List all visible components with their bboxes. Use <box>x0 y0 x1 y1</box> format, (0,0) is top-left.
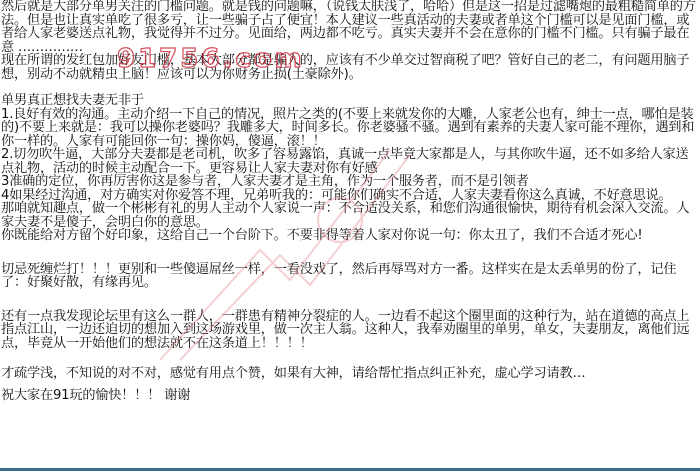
tip-3: 3准确的定位，你再厉害你这是参与者，人家夫妻才是主角，作为一个服务者，而不是引领… <box>1 175 699 189</box>
tip-1: 1.良好有效的沟通。主动介绍一下自己的情况，照片之类的(不要上来就发你的大雕，人… <box>1 108 699 149</box>
spacer <box>1 243 699 263</box>
advice-line-1: 那咱就知趣点，做一个彬彬有礼的男人主动个人家说一声：不合适没关系，和您们沟通很愉… <box>1 202 699 229</box>
paragraph-red-packet: 现在所谓的发红包加好友门槛，基本大部分都是骗人的，应该有不少单交过智商税了吧？管… <box>1 54 699 81</box>
paragraph-threshold: 然后就是大部分单男关注的门槛问题。就是钱的问题嘛，（说钱太肤浅了，哈哈）但是这一… <box>1 0 699 54</box>
farewell-line: 祝大家在91玩的愉快！！！ 谢谢 <box>1 385 699 407</box>
advice-line-2: 你既能给对方留个好印象，这给自己一个台阶下。不要非得等着人家对你说一句：你太丑了… <box>1 229 699 243</box>
tip-2: 2.切勿吹牛逼，大部分夫妻都是老司机，吹多了容易露馅，真诚一点毕竟大家都是人，与… <box>1 148 699 175</box>
warning-paragraph: 切忌死缠烂打！！！更别和一些傻逼屌丝一样，一看没戏了，然后再辱骂对方一番。这样实… <box>1 263 699 290</box>
spacer <box>1 350 699 363</box>
spacer <box>1 290 699 310</box>
post-body: 然后就是大部分单男关注的门槛问题。就是钱的问题嘛，（说钱太肤浅了，哈哈）但是这一… <box>1 0 699 407</box>
closing-line: 才疏学浅，不知说的对不对，感觉有用点个赞，如果有大神，请给帮忙指点纠正补充，虚心… <box>1 363 699 385</box>
observation-paragraph: 还有一点我发现论坛里有这么一群人，一群患有精神分裂症的人。一边看不起这个圈里面的… <box>1 310 699 351</box>
tip-4: 4如果经过沟通，对方确实对你爱答不理，兄弟听我的：可能你们确实不合适，人家夫妻看… <box>1 189 699 203</box>
section-title: 单男真正想找夫妻无非于 <box>1 94 699 108</box>
